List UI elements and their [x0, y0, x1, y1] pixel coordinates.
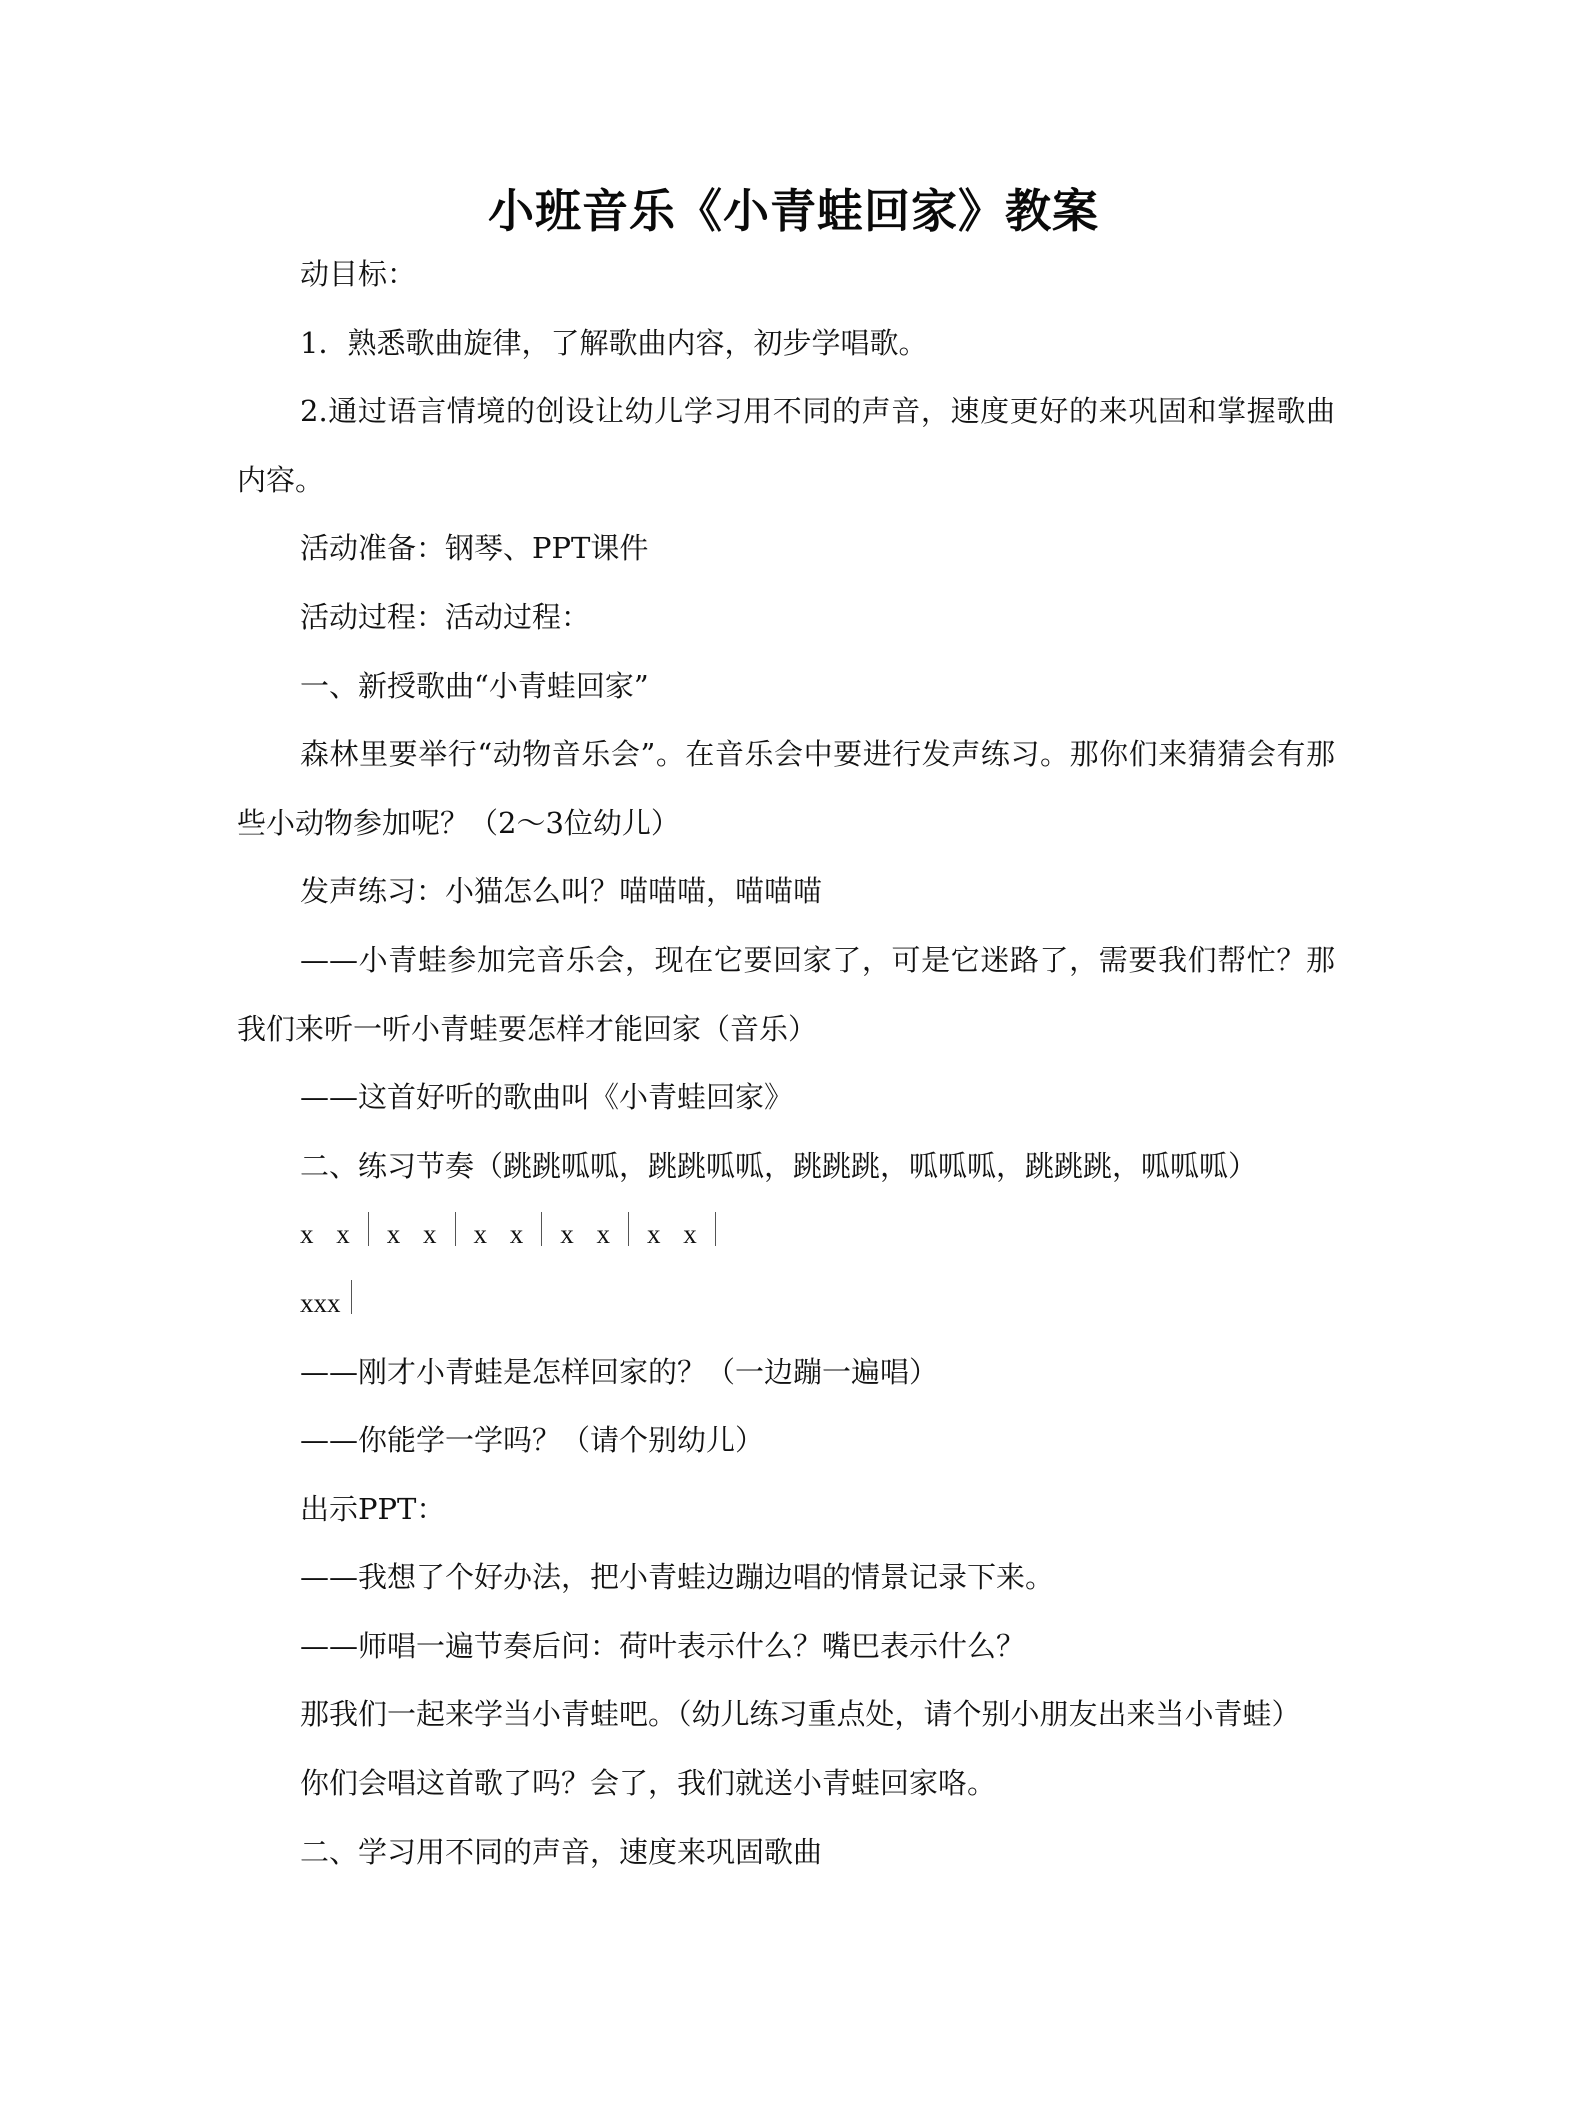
paragraph-how-frog-went-home: ——刚才小青蛙是怎样回家的？（一边蹦一遍唱）: [237, 1338, 1335, 1407]
paragraph-activity-goals-heading: 动目标：: [237, 240, 1335, 309]
bar-line: [628, 1212, 629, 1246]
document-page: 小班音乐《小青蛙回家》教案 动目标： 1．熟悉歌曲旋律，了解歌曲内容，初步学唱歌…: [0, 0, 1587, 2111]
paragraph-forest-concert: 森林里要举行“动物音乐会”。在音乐会中要进行发声练习。那你们来猜猜会有那些小动物…: [237, 720, 1335, 857]
rhythm-notation-line-2: xxx: [237, 1269, 1335, 1338]
rhythm-beat: x x: [300, 1200, 358, 1269]
bar-line: [368, 1212, 369, 1246]
document-body: 动目标： 1．熟悉歌曲旋律，了解歌曲内容，初步学唱歌。 2.通过语言情境的创设让…: [237, 240, 1335, 1886]
section-heading-2-rhythm: 二、练习节奏（跳跳呱呱，跳跳呱呱，跳跳跳，呱呱呱，跳跳跳，呱呱呱）: [237, 1132, 1335, 1201]
paragraph-goal-2: 2.通过语言情境的创设让幼儿学习用不同的声音，速度更好的来巩固和掌握歌曲内容。: [237, 377, 1335, 514]
bar-line: [715, 1212, 716, 1246]
bar-line: [455, 1212, 456, 1246]
paragraph-show-ppt: 出示PPT：: [237, 1475, 1335, 1544]
rhythm-beat: xxx: [300, 1269, 341, 1338]
rhythm-notation-line-1: x x x x x x x x x x: [237, 1200, 1335, 1269]
section-heading-1: 一、新授歌曲“小青蛙回家”: [237, 652, 1335, 721]
paragraph-process-heading: 活动过程：活动过程：: [237, 583, 1335, 652]
paragraph-frog-lost: ——小青蛙参加完音乐会，现在它要回家了，可是它迷路了，需要我们帮忙？那我们来听一…: [237, 926, 1335, 1063]
paragraph-vocal-practice: 发声练习：小猫怎么叫？喵喵喵，喵喵喵: [237, 857, 1335, 926]
section-heading-2-voices: 二、学习用不同的声音，速度来巩固歌曲: [237, 1818, 1335, 1887]
rhythm-beat: x x: [560, 1200, 618, 1269]
paragraph-preparation: 活动准备：钢琴、PPT课件: [237, 514, 1335, 583]
rhythm-beat: x x: [387, 1200, 445, 1269]
paragraph-good-idea: ——我想了个好办法，把小青蛙边蹦边唱的情景记录下来。: [237, 1543, 1335, 1612]
document-title: 小班音乐《小青蛙回家》教案: [0, 179, 1587, 243]
paragraph-teacher-sings: ——师唱一遍节奏后问：荷叶表示什么？嘴巴表示什么？: [237, 1612, 1335, 1681]
bar-line: [541, 1212, 542, 1246]
paragraph-send-frog-home: 你们会唱这首歌了吗？会了，我们就送小青蛙回家咯。: [237, 1749, 1335, 1818]
paragraph-song-name: ——这首好听的歌曲叫《小青蛙回家》: [237, 1063, 1335, 1132]
paragraph-goal-1: 1．熟悉歌曲旋律，了解歌曲内容，初步学唱歌。: [237, 309, 1335, 378]
paragraph-learn-be-frog: 那我们一起来学当小青蛙吧。（幼儿练习重点处，请个别小朋友出来当小青蛙）: [237, 1680, 1335, 1749]
rhythm-beat: x x: [474, 1200, 532, 1269]
rhythm-beat: x x: [647, 1200, 705, 1269]
paragraph-can-you-learn: ——你能学一学吗？（请个别幼儿）: [237, 1406, 1335, 1475]
bar-line: [351, 1280, 352, 1314]
